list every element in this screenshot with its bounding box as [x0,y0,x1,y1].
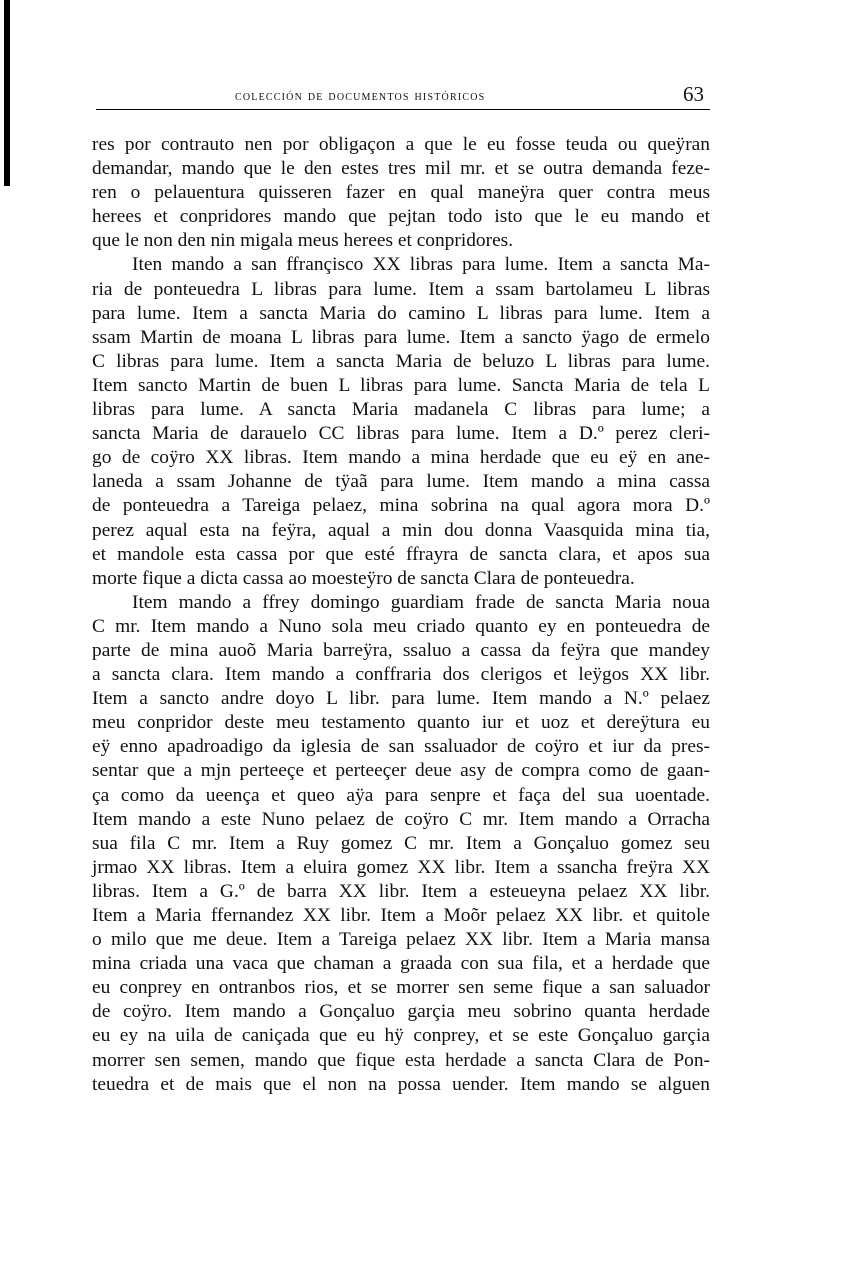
text-line: sentar que a mjn perteeçe et perteeçer d… [92,759,710,783]
text-line: et mandole esta cassa por que esté ffray… [92,543,710,567]
text-line: ssam Martin de moana L libras para lume.… [92,326,710,350]
text-line: de coÿro. Item mando a Gonçaluo garçia m… [92,1000,710,1024]
text-line: jrmao XX libras. Item a eluira gomez XX … [92,856,710,880]
text-line: ça como da ueença et queo aÿa para senpr… [92,784,710,808]
text-line: perez aqual esta na feÿra, aqual a min d… [92,519,710,543]
text-line: eÿ enno apadroadigo da iglesia de san ss… [92,735,710,759]
text-line: Iten mando a san ffrançisco XX libras pa… [92,253,710,277]
text-line: Item sancto Martin de buen L libras para… [92,374,710,398]
text-line: o milo que me deue. Item a Tareiga pelae… [92,928,710,952]
text-line: parte de mina auoõ Maria barreÿra, ssalu… [92,639,710,663]
scan-edge-bar [4,0,10,186]
text-line: de ponteuedra a Tareiga pelaez, mina sob… [92,494,710,518]
text-line: go de coÿro XX libras. Item mando a mina… [92,446,710,470]
running-header-title: COLECCIÓN DE DOCUMENTOS HISTÓRICOS [235,88,485,105]
text-line: C libras para lume. Item a sancta Maria … [92,350,710,374]
text-line: meu conpridor deste meu testamento quant… [92,711,710,735]
text-line: eu conprey en ontranbos rios, et se morr… [92,976,710,1000]
text-line: a sancta clara. Item mando a conffraria … [92,663,710,687]
text-line: ren o pelauentura quisseren fazer en qua… [92,181,710,205]
text-line: herees et conpridores mando que pejtan t… [92,205,710,229]
body-text: res por contrauto nen por obligaçon a qu… [92,133,710,1097]
text-line: laneda a ssam Johanne de tÿaã para lume.… [92,470,710,494]
text-line: libras. Item a G.º de barra XX libr. Ite… [92,880,710,904]
text-line: morrer sen semen, mando que fique esta h… [92,1049,710,1073]
text-line: Item mando a ffrey domingo guardiam frad… [92,591,710,615]
text-line: sua fila C mr. Item a Ruy gomez C mr. It… [92,832,710,856]
text-line: libras para lume. A sancta Maria madanel… [92,398,710,422]
text-line: ria de ponteuedra L libras para lume. It… [92,278,710,302]
text-line: Item a sancto andre doyo L libr. para lu… [92,687,710,711]
text-line: mina criada una vaca que chaman a graada… [92,952,710,976]
text-line: sancta Maria de darauelo CC libras para … [92,422,710,446]
text-line: Item a Maria ffernandez XX libr. Item a … [92,904,710,928]
text-line: que le non den nin migala meus herees et… [92,229,710,253]
text-line: para lume. Item a sancta Maria do camino… [92,302,710,326]
text-line: morte fique a dicta cassa ao moesteÿro d… [92,567,710,591]
header-rule [96,109,710,110]
text-line: res por contrauto nen por obligaçon a qu… [92,133,710,157]
text-line: C mr. Item mando a Nuno sola meu criado … [92,615,710,639]
text-line: Item mando a este Nuno pelaez de coÿro C… [92,808,710,832]
text-line: eu ey na uila de caniçada que eu hÿ conp… [92,1024,710,1048]
text-line: demandar, mando que le den estes tres mi… [92,157,710,181]
text-line: teuedra et de mais que el non na possa u… [92,1073,710,1097]
running-header: COLECCIÓN DE DOCUMENTOS HISTÓRICOS 63 [92,84,710,108]
page-number: 63 [683,82,704,107]
